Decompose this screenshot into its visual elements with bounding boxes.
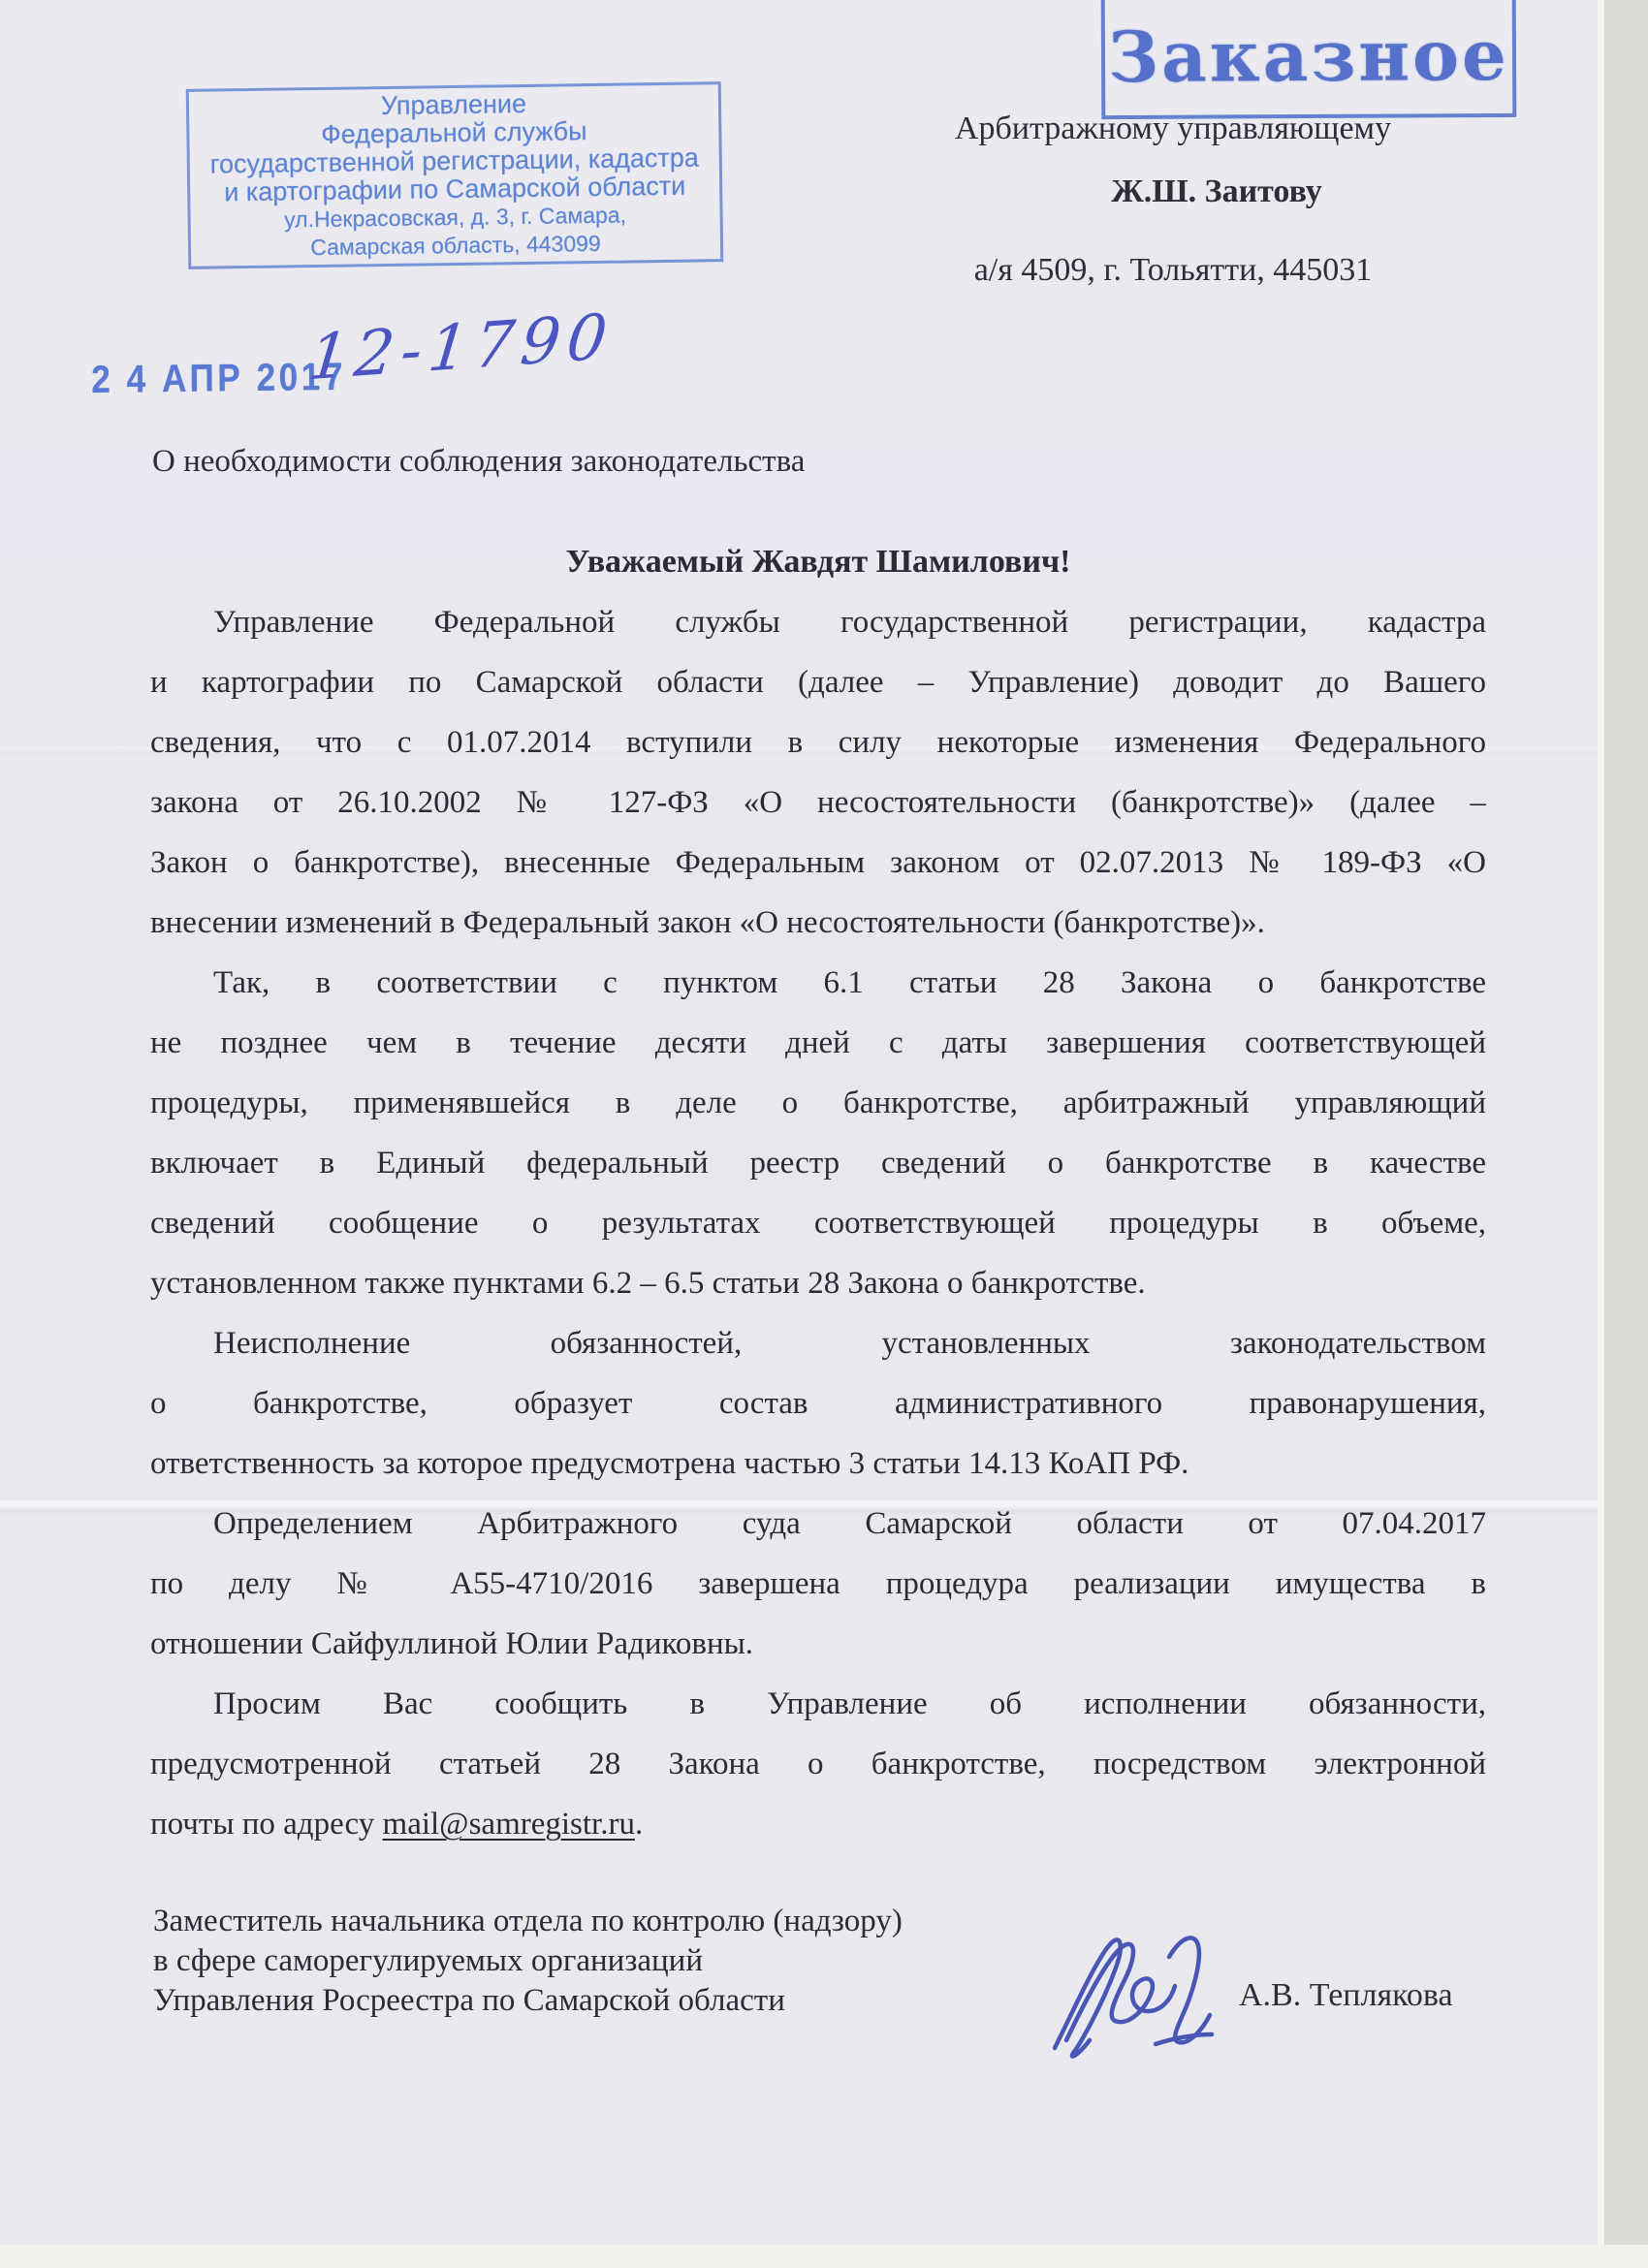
addressee-address: а/я 4509, г. Тольятти, 445031 (902, 252, 1444, 289)
addressee-name: Ж.Ш. Заитову (945, 173, 1488, 210)
body-line: установленном также пунктами 6.2 – 6.5 с… (150, 1253, 1486, 1313)
body-line: процедуры, применявшейся в деле о банкро… (150, 1073, 1486, 1133)
body-line: Управление Федеральной службы государств… (150, 592, 1486, 652)
body-line: Неисполнение обязанностей, установленных… (150, 1313, 1486, 1373)
body-line: внесении изменений в Федеральный закон «… (150, 893, 1486, 953)
body-paragraphs: Управление Федеральной службы государств… (150, 592, 1486, 1854)
email-line-suffix: . (635, 1807, 643, 1842)
registered-mail-label: Заказное (1108, 13, 1509, 97)
addressee-block: Арбитражному управляющему Ж.Ш. Заитову а… (902, 110, 1444, 289)
body-line: Просим Вас сообщить в Управление об испо… (150, 1674, 1486, 1734)
body-line: ответственность за которое предусмотрена… (150, 1433, 1486, 1494)
body-line: отношении Сайфуллиной Юлии Радиковны. (150, 1614, 1486, 1674)
body-line-with-email: почты по адресу mail@samregistr.ru. (150, 1794, 1486, 1854)
body-line: сведений сообщение о результатах соответ… (150, 1193, 1486, 1253)
handwritten-reg-number: 12-1790 (304, 301, 617, 395)
sender-org-stamp: УправлениеФедеральной службыгосударствен… (186, 81, 724, 269)
email-address: mail@samregistr.ru (383, 1807, 635, 1842)
registered-mail-stamp: Заказное (1101, 0, 1517, 119)
signature-position-line: в сфере саморегулируемых организаций (153, 1941, 1084, 1981)
scan-edge-bottom (0, 2245, 1648, 2268)
email-line-prefix: почты по адресу (150, 1807, 383, 1842)
body-line: Закон о банкротстве), внесенные Федераль… (150, 833, 1486, 893)
subject-line: О необходимости соблюдения законодательс… (152, 444, 805, 480)
body-line: и картографии по Самарской области (дале… (150, 652, 1486, 712)
letter-body: Уважаемый Жавдят Шамилович! Управление Ф… (150, 532, 1486, 1854)
org-stamp-line: Самарская область, 443099 (191, 228, 720, 264)
scanned-letter: УправлениеФедеральной службыгосударствен… (0, 0, 1648, 2268)
signature-position-line: Заместитель начальника отдела по контрол… (153, 1902, 1084, 1941)
handwritten-signature (1047, 1924, 1241, 2069)
salutation: Уважаемый Жавдят Шамилович! (150, 532, 1486, 592)
body-line: по делу № А55-4710/2016 завершена процед… (150, 1554, 1486, 1614)
body-line: закона от 26.10.2002 № 127-ФЗ «О несосто… (150, 772, 1486, 833)
body-line: не позднее чем в течение десяти дней с д… (150, 1013, 1486, 1073)
body-line: о банкротстве, образует состав администр… (150, 1373, 1486, 1433)
org-stamp-lines: УправлениеФедеральной службыгосударствен… (189, 87, 720, 264)
body-line: включает в Единый федеральный реестр све… (150, 1133, 1486, 1193)
signature-position-block: Заместитель начальника отдела по контрол… (153, 1902, 1084, 2021)
body-line: Определением Арбитражного суда Самарской… (150, 1494, 1486, 1554)
signer-name: А.В. Теплякова (1239, 1977, 1453, 2014)
body-line: предусмотренной статьей 28 Закона о банк… (150, 1734, 1486, 1794)
scan-edge-right (1598, 0, 1648, 2245)
letter-page: УправлениеФедеральной службыгосударствен… (0, 0, 1598, 2245)
body-line: Так, в соответствии с пунктом 6.1 статьи… (150, 953, 1486, 1013)
body-line: сведения, что с 01.07.2014 вступили в си… (150, 712, 1486, 772)
signature-position-line: Управления Росреестра по Самарской облас… (153, 1981, 1084, 2021)
addressee-role: Арбитражному управляющему (902, 110, 1444, 147)
